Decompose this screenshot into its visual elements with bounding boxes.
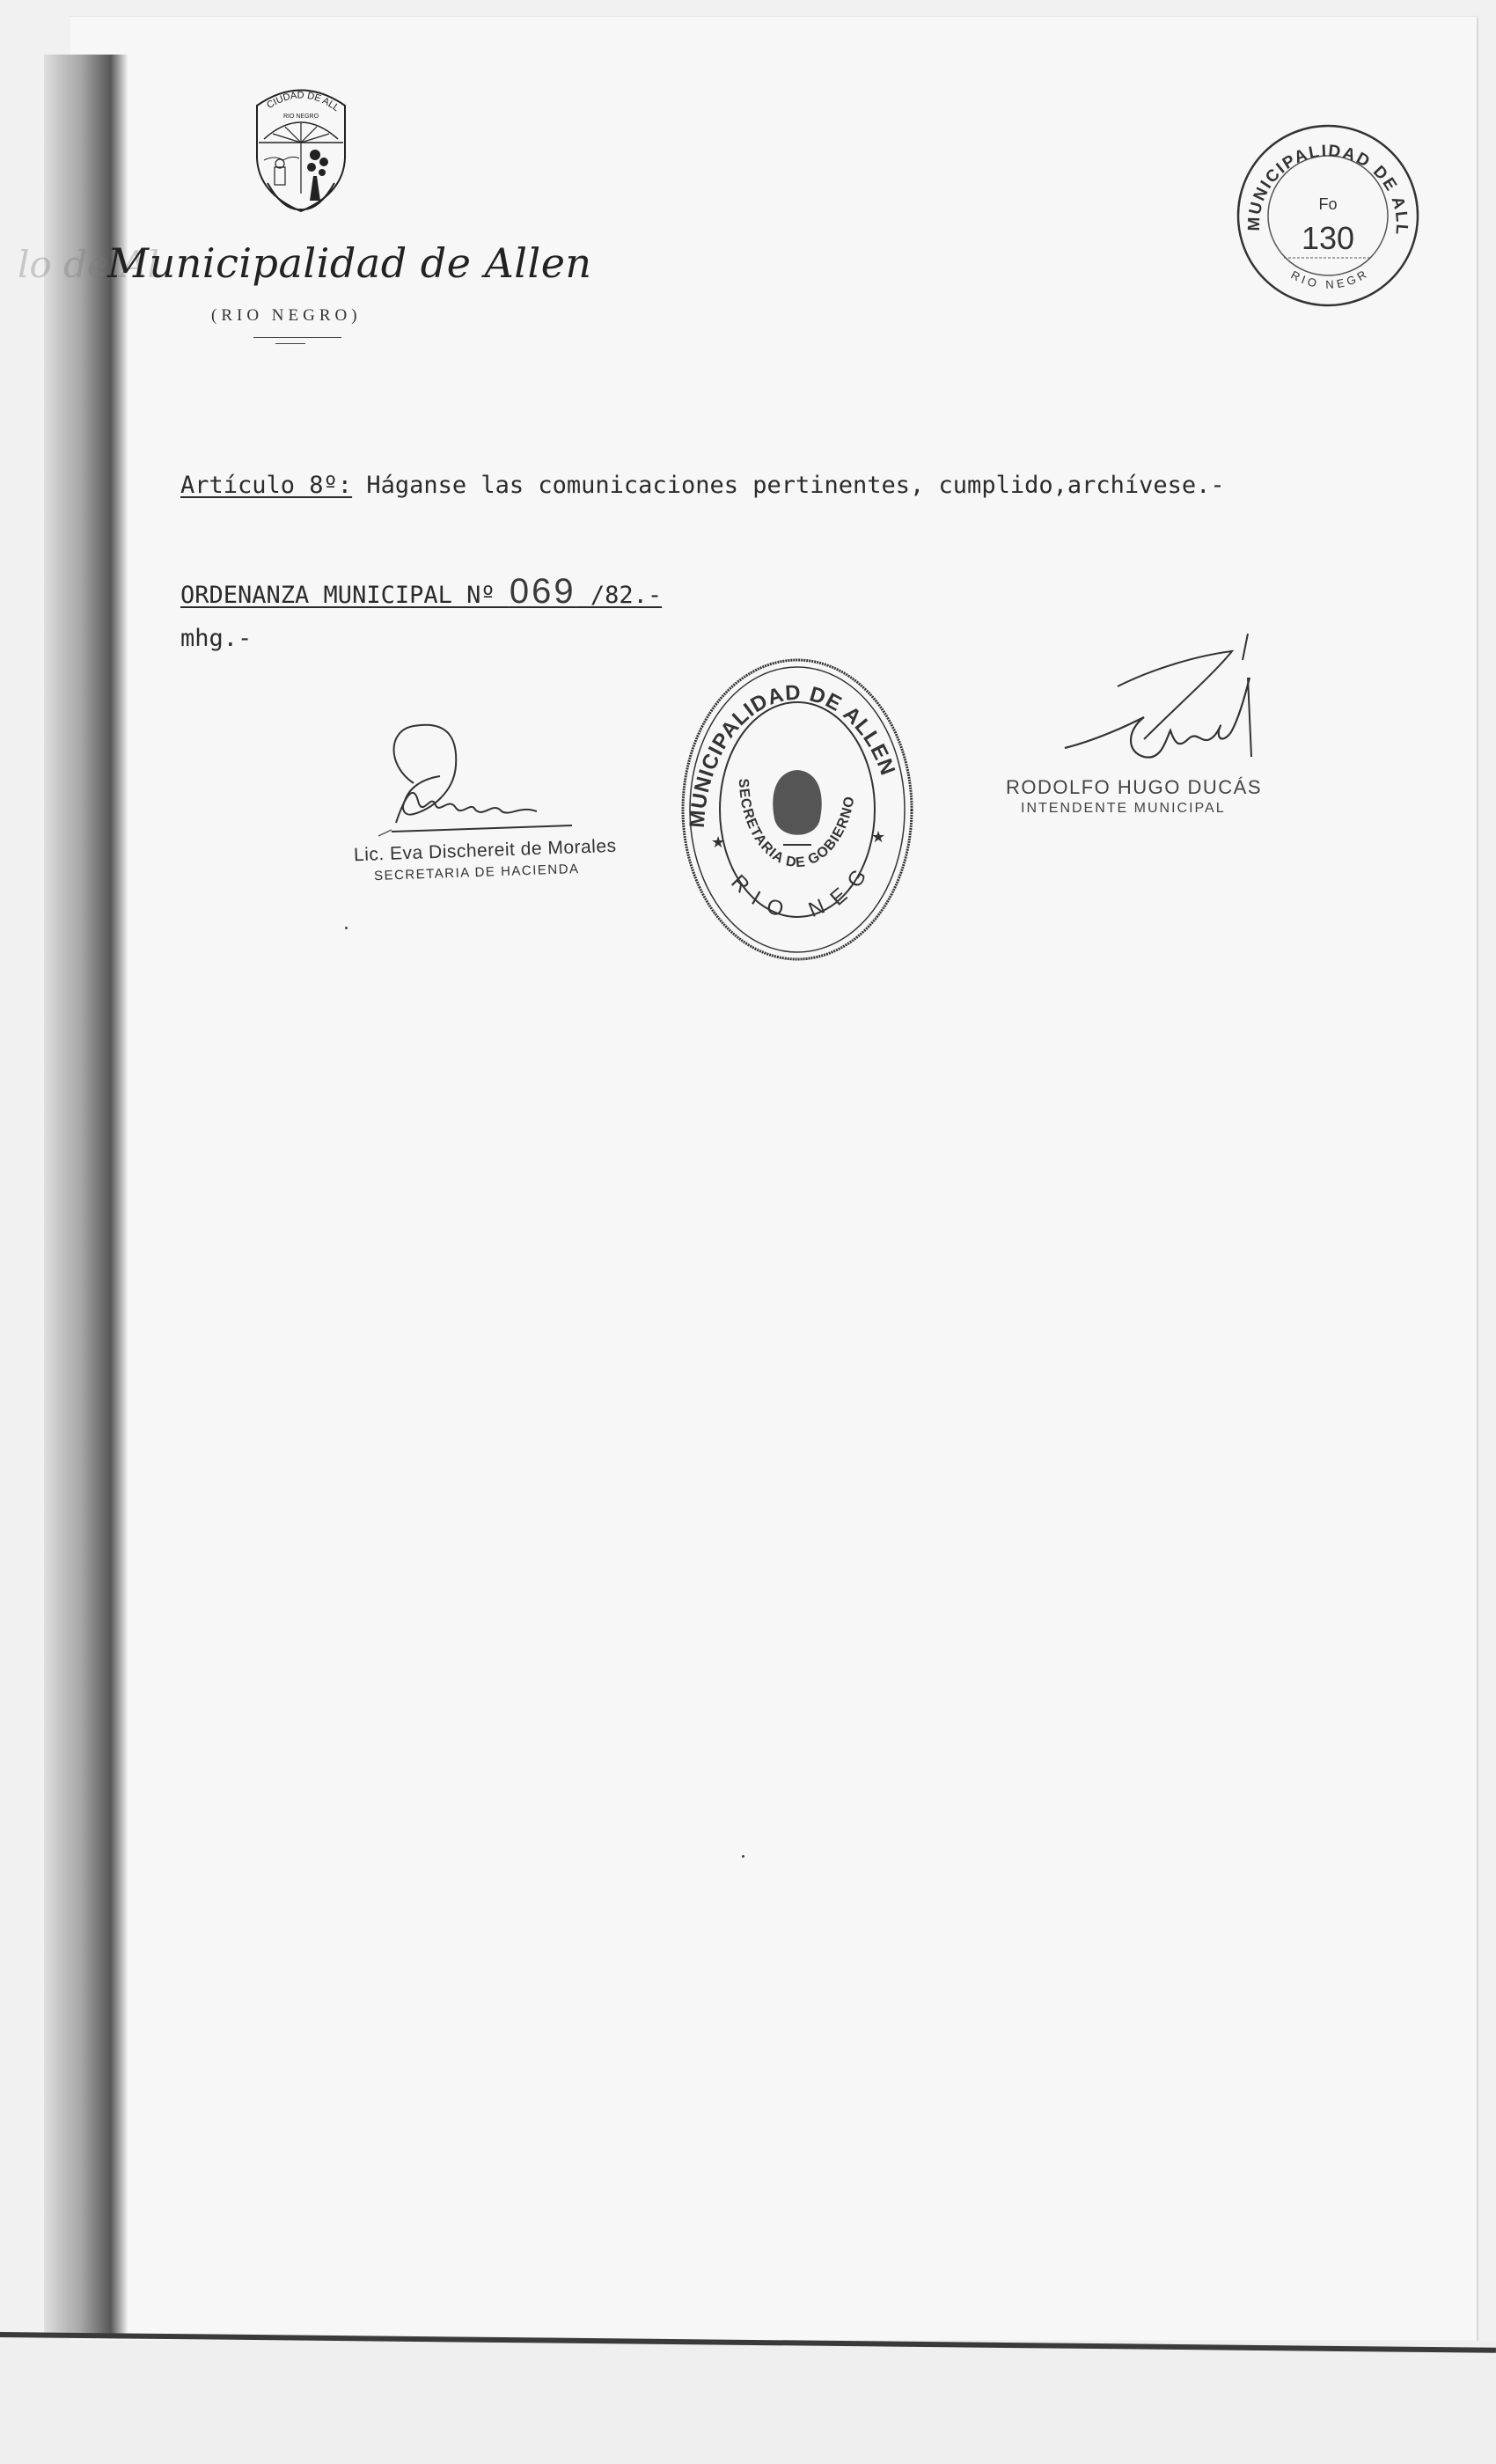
ordinance-number: 069 <box>510 572 576 611</box>
star-icon: ★ <box>711 833 725 851</box>
svg-text:RIO NEGRO: RIO NEGRO <box>283 114 319 120</box>
ordinance-suffix: /82.- <box>576 582 663 609</box>
binding-shadow <box>44 55 128 2334</box>
folio-stamp: MUNICIPALIDAD DE ALLEN RIO NEGRO Fo 130 <box>1234 121 1422 310</box>
secretaria-gobierno-stamp: MUNICIPALIDAD DE ALLEN RIO NEGRO SECRETA… <box>678 656 917 964</box>
ordinance-number-line: ORDENANZA MUNICIPAL Nº 069 /82.- <box>180 572 662 612</box>
page-edge <box>1477 18 1478 2341</box>
speck <box>345 927 348 929</box>
ordinance-prefix: ORDENANZA MUNICIPAL Nº <box>180 582 510 609</box>
divider <box>253 337 341 338</box>
article-8: Artículo 8º: Háganse las comunicaciones … <box>180 472 1225 499</box>
signature-intendente <box>1047 634 1276 766</box>
scan-margin <box>0 2341 1496 2464</box>
document-page <box>70 16 1478 2340</box>
letterhead-title: Municipalidad de Allen <box>107 239 592 287</box>
star-icon: ★ <box>871 828 885 846</box>
signatory-name-right: RODOLFO HUGO DUCÁS <box>1006 776 1262 799</box>
divider <box>275 343 305 344</box>
svg-text:Fo: Fo <box>1318 195 1337 213</box>
typist-initials: mhg.- <box>180 625 252 652</box>
signature-hacienda <box>352 713 598 845</box>
article-label: Artículo 8º: <box>180 472 352 499</box>
svg-text:130: 130 <box>1302 220 1354 256</box>
signatory-title-right: INTENDENTE MUNICIPAL <box>1021 801 1226 817</box>
letterhead-subtitle: (RIO NEGRO) <box>211 306 362 326</box>
article-text: Háganse las comunicaciones pertinentes, … <box>352 472 1225 499</box>
city-crest-icon: CIUDAD DE ALLEN RIO NEGRO <box>248 79 354 220</box>
speck <box>742 1855 744 1858</box>
